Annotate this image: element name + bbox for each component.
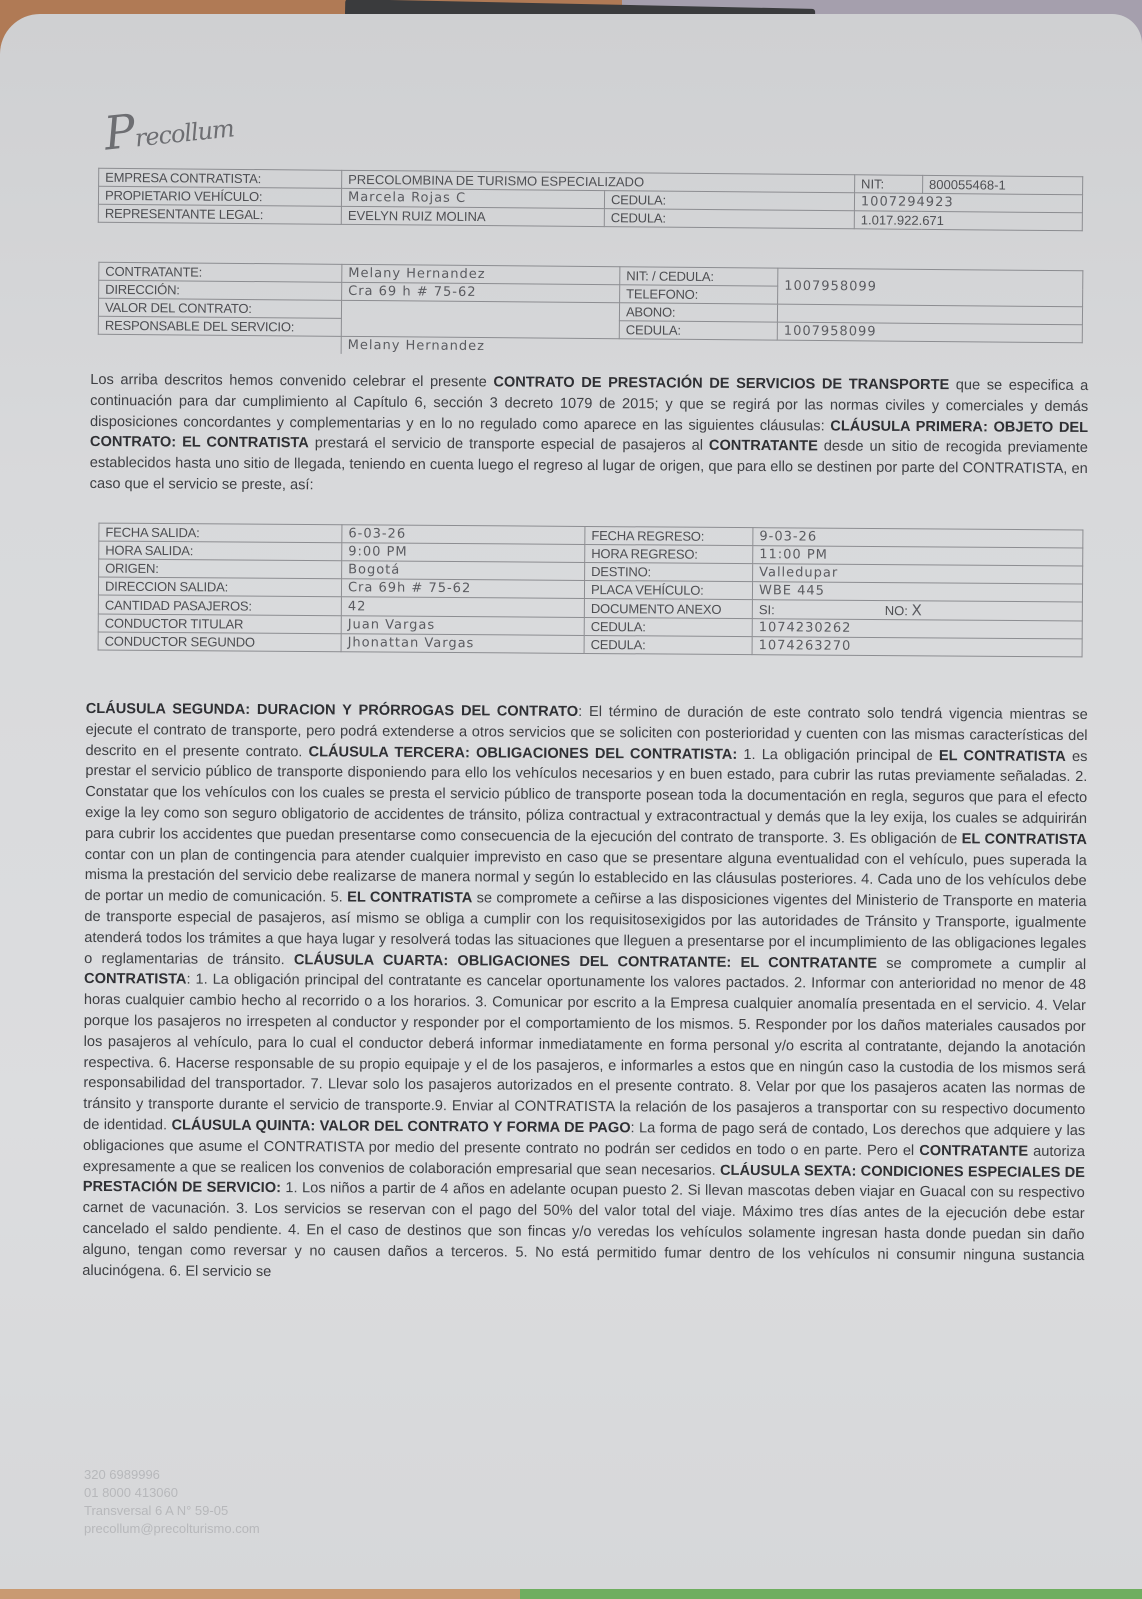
documento-anexo-options: SI:NO: X xyxy=(752,600,1082,621)
clause-quinta-title: CLÁUSULA QUINTA: VALOR DEL CONTRATO Y FO… xyxy=(171,1117,630,1136)
trip-value-2: 1074263270 xyxy=(752,637,1082,657)
nit-cedula-label: NIT: / CEDULA: xyxy=(620,267,778,286)
clause-segunda-title: CLÁUSULA SEGUNDA: DURACION Y PRÓRROGAS D… xyxy=(86,701,578,720)
el-contratista-bold: EL CONTRATISTA xyxy=(939,748,1066,765)
responsable-label: RESPONSABLE DEL SERVICIO: xyxy=(98,316,341,336)
clauses-paragraph: CLÁUSULA SEGUNDA: DURACION Y PRÓRROGAS D… xyxy=(82,699,1088,1287)
telefono-label: TELEFONO: xyxy=(620,285,778,304)
trip-value: 9:00 PM xyxy=(342,543,585,563)
representante-value: EVELYN RUIZ MOLINA xyxy=(341,206,604,226)
anexo-no-mark: X xyxy=(911,601,922,619)
propietario-label: PROPIETARIO VEHÍCULO: xyxy=(98,186,341,206)
trip-label-2: FECHA REGRESO: xyxy=(585,526,753,545)
company-footer: 320 6989996 01 8000 413060 Transversal 6… xyxy=(84,1466,260,1538)
client-table: CONTRATANTE: Melany Hernandez NIT: / CED… xyxy=(98,262,1084,361)
trip-label-2: CEDULA: xyxy=(584,635,752,654)
representante-label: REPRESENTANTE LEGAL: xyxy=(98,204,341,224)
responsable-cedula-label: CEDULA: xyxy=(619,321,777,340)
intro-bold-1: CONTRATO DE PRESTACIÓN DE SERVICIOS DE T… xyxy=(493,374,949,393)
representante-cedula-label: CEDULA: xyxy=(604,209,854,229)
intro-paragraph: Los arriba descritos hemos convenido cel… xyxy=(90,370,1089,501)
contratante-bold: CONTRATANTE xyxy=(919,1143,1028,1160)
trip-label-2: CEDULA: xyxy=(584,617,752,636)
el-contratista-bold: EL CONTRATISTA xyxy=(962,831,1087,848)
trip-label: ORIGEN: xyxy=(99,559,342,579)
trip-value: Juan Vargas xyxy=(341,616,584,636)
valor-value xyxy=(341,300,619,338)
trip-label: CONDUCTOR TITULAR xyxy=(98,614,341,634)
trip-label-2: DESTINO: xyxy=(585,562,753,581)
anexo-no-label: NO: xyxy=(885,603,908,618)
empresa-label: EMPRESA CONTRATISTA: xyxy=(99,168,342,188)
trip-value: Cra 69h # 75-62 xyxy=(341,579,584,599)
trip-label: CANTIDAD PASAJEROS: xyxy=(98,595,341,616)
company-logo: Precollum xyxy=(102,93,236,160)
propietario-cedula-label: CEDULA: xyxy=(604,191,854,211)
nit-cedula-value: 1007958099 xyxy=(778,268,1083,307)
nit-label: NIT: xyxy=(855,175,923,194)
trip-value: Bogotá xyxy=(342,561,585,581)
trip-label-2: PLACA VEHÍCULO: xyxy=(584,580,752,599)
anexo-si-label: SI: xyxy=(759,602,775,617)
footer-phone-2: 01 8000 413060 xyxy=(84,1484,260,1502)
valor-label: VALOR DEL CONTRATO: xyxy=(98,298,341,318)
trip-label: FECHA SALIDA: xyxy=(99,523,342,543)
trip-label-2: DOCUMENTO ANEXO xyxy=(584,598,752,618)
responsable-value: Melany Hernandez xyxy=(341,336,619,356)
clause-cuarta-text-2: : 1. La obligación principal del contrat… xyxy=(83,972,1086,1133)
representante-cedula-value: 1.017.922.671 xyxy=(854,211,1082,231)
el-contratista-bold: EL CONTRATISTA xyxy=(347,890,472,907)
trip-value-2: 9-03-26 xyxy=(753,528,1083,548)
direccion-label: DIRECCIÓN: xyxy=(99,280,342,300)
logo-initial: P xyxy=(102,104,137,161)
trip-value: 6-03-26 xyxy=(342,525,585,545)
footer-phone: 320 6989996 xyxy=(84,1466,260,1484)
intro-bold-3: CONTRATANTE xyxy=(709,438,818,455)
propietario-value: Marcela Rojas C xyxy=(341,188,604,208)
trip-label-2: HORA REGRESO: xyxy=(585,544,753,563)
nit-value: 800055468-1 xyxy=(923,175,1083,194)
trip-value: 42 xyxy=(341,597,584,618)
abono-label: ABONO: xyxy=(619,303,777,322)
trip-label: HORA SALIDA: xyxy=(99,541,342,561)
footer-address: Transversal 6 A N° 59-05 xyxy=(84,1502,260,1520)
clause-tercera-text-1: 1. La obligación principal de xyxy=(737,747,939,764)
trip-label: CONDUCTOR SEGUNDO xyxy=(98,632,341,652)
clause-cuarta-title: CLÁUSULA CUARTA: OBLIGACIONES DEL CONTRA… xyxy=(294,952,877,972)
trip-table: FECHA SALIDA:6-03-26FECHA REGRESO:9-03-2… xyxy=(98,523,1084,658)
trip-value: Jhonattan Vargas xyxy=(341,634,584,654)
trip-value-2: 1074230262 xyxy=(752,619,1082,639)
company-table: EMPRESA CONTRATISTA: PRECOLOMBINA DE TUR… xyxy=(98,168,1083,232)
trip-value-2: Valledupar xyxy=(753,564,1083,584)
direccion-value: Cra 69 h # 75-62 xyxy=(342,282,620,302)
contratista-bold: CONTRATISTA xyxy=(84,971,187,988)
logo-text: recollum xyxy=(134,114,236,152)
intro-text-3: prestará el servicio de transporte espec… xyxy=(309,436,709,454)
propietario-cedula-value: 1007294923 xyxy=(854,193,1082,213)
trip-value-2: WBE 445 xyxy=(752,582,1082,602)
footer-email: precollum@precolturismo.com xyxy=(84,1520,260,1538)
contratante-label: CONTRATANTE: xyxy=(99,262,342,282)
intro-text-1: Los arriba descritos hemos convenido cel… xyxy=(90,372,493,390)
contratante-value: Melany Hernandez xyxy=(342,264,620,284)
trip-value-2: 11:00 PM xyxy=(753,546,1083,566)
clause-tercera-title: CLÁUSULA TERCERA: OBLIGACIONES DEL CONTR… xyxy=(309,744,738,763)
trip-label: DIRECCION SALIDA: xyxy=(98,577,341,597)
clause-cuarta-text-1: se compromete a cumplir al xyxy=(877,955,1086,972)
